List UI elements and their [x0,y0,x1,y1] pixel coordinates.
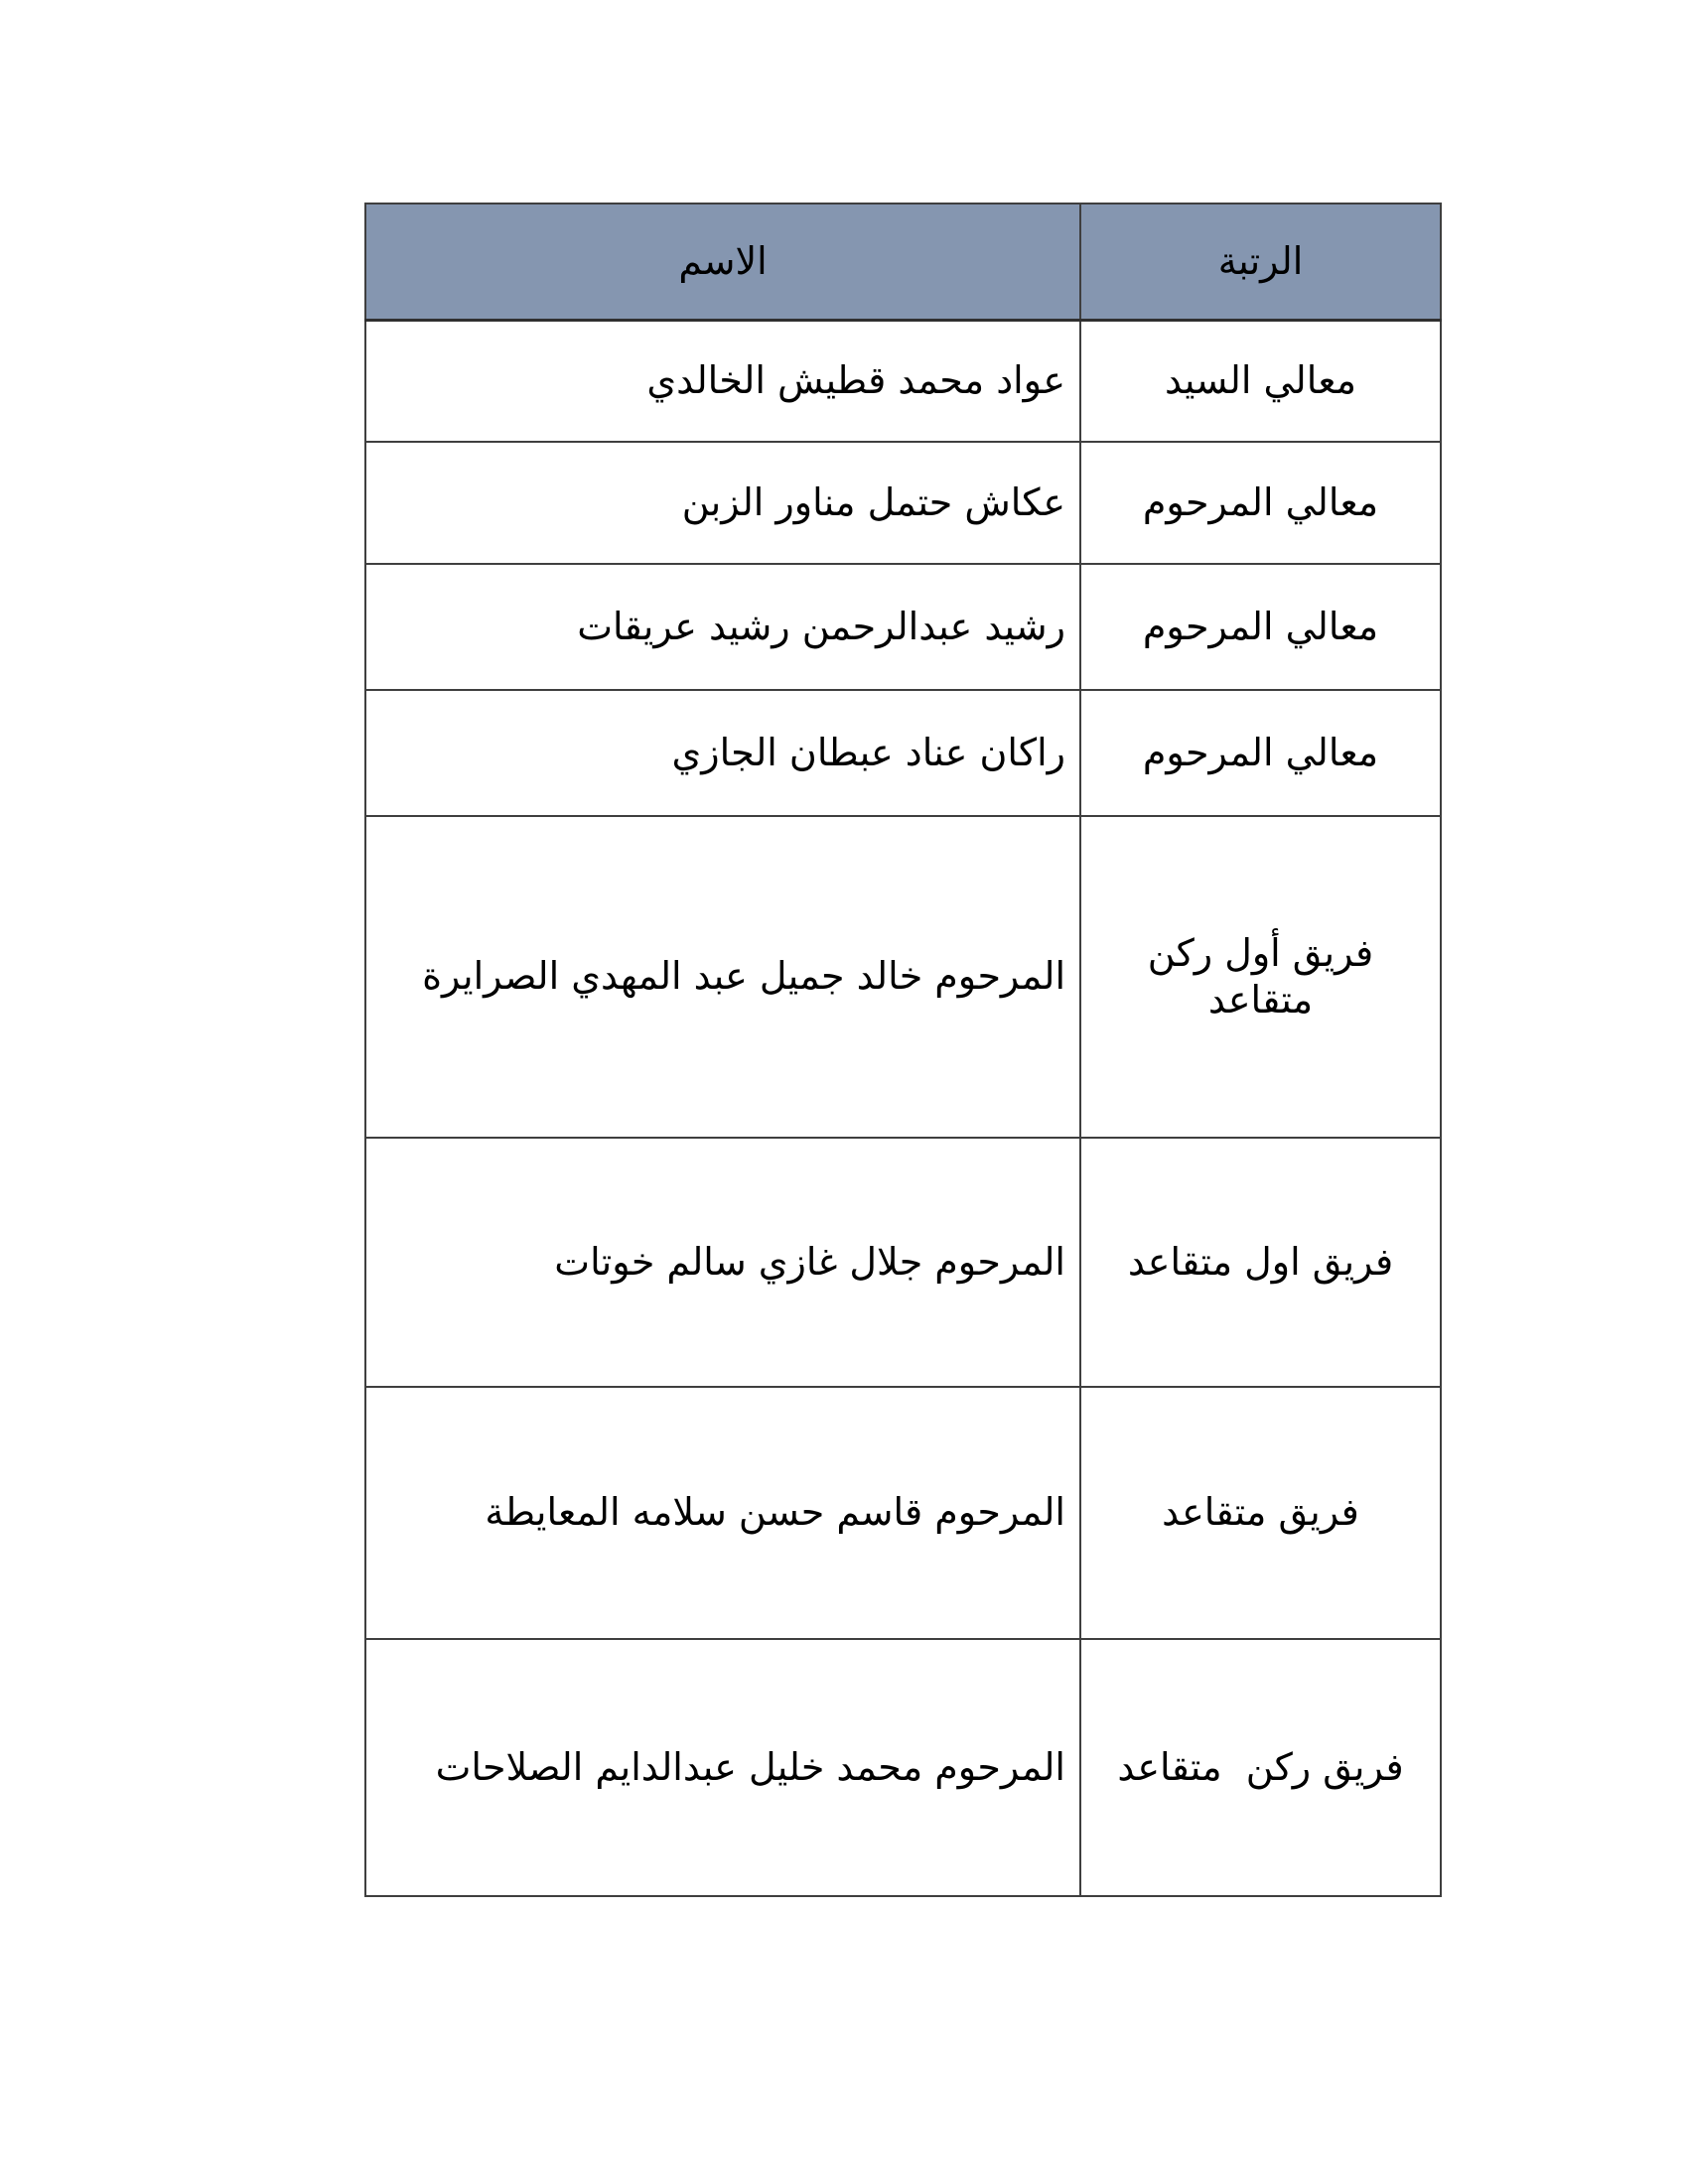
rank-cell: فريق اول متقاعد [1080,1138,1441,1387]
document-page: الرتبة الاسم معالي السيد عواد محمد قطيش … [0,0,1688,2184]
table-row: فريق متقاعد المرحوم قاسم حسن سلامه المعا… [365,1387,1441,1639]
table-row: معالي المرحوم راكان عناد عبطان الجازي [365,690,1441,816]
name-cell: المرحوم خالد جميل عبد المهدي الصرايرة [365,816,1080,1138]
name-cell: راكان عناد عبطان الجازي [365,690,1080,816]
table-row: فريق أول ركن متقاعد المرحوم خالد جميل عب… [365,816,1441,1138]
rank-cell: معالي السيد [1080,320,1441,442]
table-row: فريق اول متقاعد المرحوم جلال غازي سالم خ… [365,1138,1441,1387]
name-cell: عكاش حتمل مناور الزبن [365,442,1080,564]
column-header-name: الاسم [365,204,1080,320]
name-cell: عواد محمد قطيش الخالدي [365,320,1080,442]
table-row: معالي السيد عواد محمد قطيش الخالدي [365,320,1441,442]
name-cell: رشيد عبدالرحمن رشيد عريقات [365,564,1080,690]
name-cell: المرحوم محمد خليل عبدالدايم الصلاحات [365,1639,1080,1896]
table-row: معالي المرحوم عكاش حتمل مناور الزبن [365,442,1441,564]
rank-cell: فريق ركن متقاعد [1080,1639,1441,1896]
rank-cell: معالي المرحوم [1080,442,1441,564]
name-cell: المرحوم جلال غازي سالم خوتات [365,1138,1080,1387]
rank-cell: معالي المرحوم [1080,564,1441,690]
ranks-names-table: الرتبة الاسم معالي السيد عواد محمد قطيش … [364,203,1442,1897]
table-row: معالي المرحوم رشيد عبدالرحمن رشيد عريقات [365,564,1441,690]
rank-cell: معالي المرحوم [1080,690,1441,816]
name-cell: المرحوم قاسم حسن سلامه المعايطة [365,1387,1080,1639]
column-header-rank: الرتبة [1080,204,1441,320]
rank-cell: فريق متقاعد [1080,1387,1441,1639]
rank-cell: فريق أول ركن متقاعد [1080,816,1441,1138]
table-header-row: الرتبة الاسم [365,204,1441,320]
table-row: فريق ركن متقاعد المرحوم محمد خليل عبدالد… [365,1639,1441,1896]
